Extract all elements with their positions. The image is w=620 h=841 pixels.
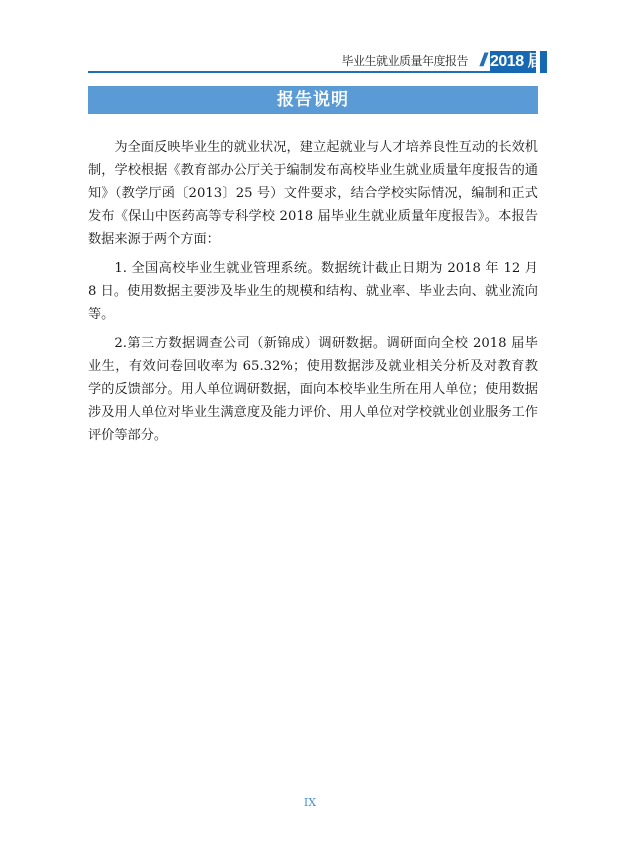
running-header: 毕业生就业质量年度报告 // 2018 届 <box>88 50 548 74</box>
source-item-2: 2.第三方数据调查公司（新锦成）调研数据。调研面向全校 2018 届毕业生，有效… <box>88 332 538 447</box>
header-slash-decoration: // <box>480 50 484 71</box>
header-title: 毕业生就业质量年度报告 <box>341 52 468 69</box>
page-number: IX <box>0 796 620 809</box>
source-item-1: 1. 全国高校毕业生就业管理系统。数据统计截止日期为 2018 年 12 月 8… <box>88 257 538 326</box>
header-edge-bar <box>540 51 547 73</box>
header-rule <box>88 71 490 73</box>
body-content: 为全面反映毕业生的就业状况，建立起就业与人才培养良性互动的长效机制，学校根据《教… <box>88 136 538 453</box>
intro-paragraph: 为全面反映毕业生的就业状况，建立起就业与人才培养良性互动的长效机制，学校根据《教… <box>88 136 538 251</box>
year-badge: 2018 届 <box>490 51 536 73</box>
section-title: 报告说明 <box>88 86 538 114</box>
